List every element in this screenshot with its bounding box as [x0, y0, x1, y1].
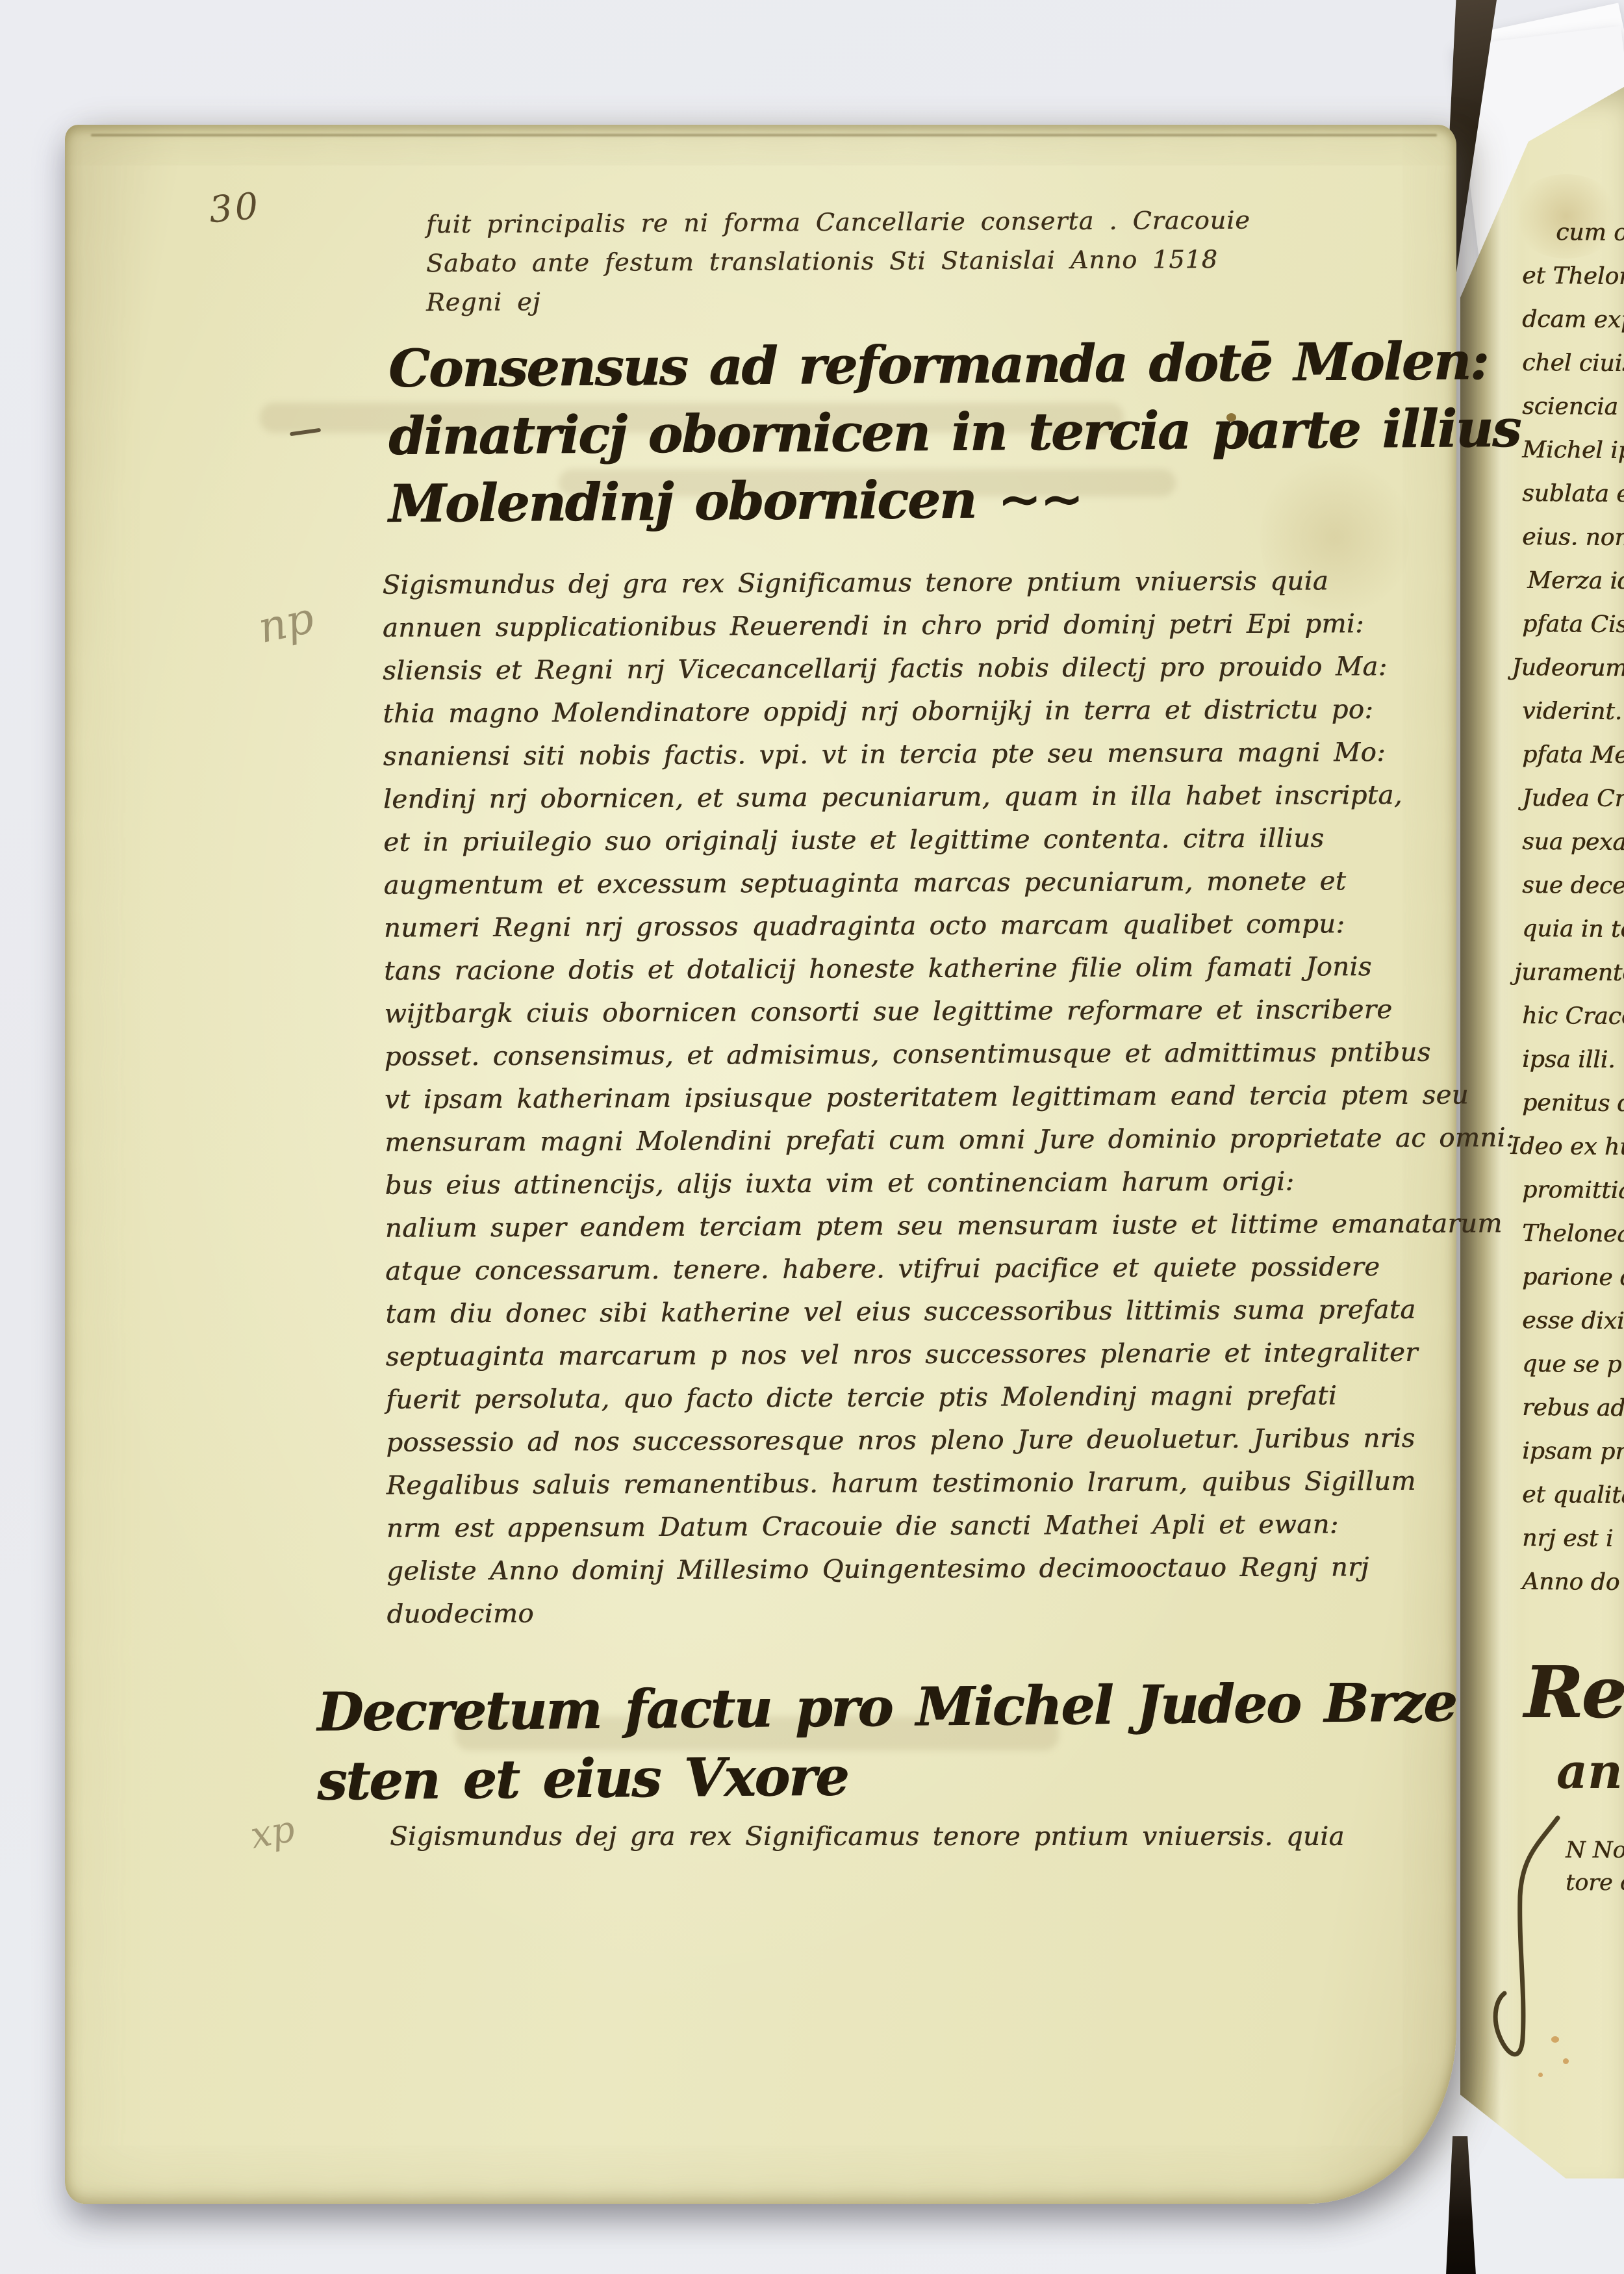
left-manuscript-page: 30 fuit principalis re ni forma Cancella… — [65, 125, 1456, 2204]
manuscript-line: sliensis et Regni nrj Vicecancellarij fa… — [383, 651, 1513, 699]
folio-number: 30 — [207, 185, 262, 232]
rust-spot — [1563, 2058, 1569, 2064]
pen-flourish — [1460, 1759, 1624, 2162]
photo-backdrop: cum orta esset Theloneatdcam exponchel c… — [0, 0, 1624, 2274]
manuscript-line-fragment: Ideo ex huius — [1510, 1133, 1624, 1178]
protocol-note-block: fuit principalis re ni forma Cancellarie… — [426, 208, 1250, 325]
title-line: Decretum factu pro Michel Judeo Brze — [317, 1671, 1456, 1750]
manuscript-line: possessio ad nos successoresque nros ple… — [386, 1423, 1516, 1471]
manuscript-line-fragment: Merza id fo — [1527, 567, 1624, 612]
margin-mark: np — [254, 593, 318, 653]
manuscript-line: et in priuilegio suo originalj iuste et … — [383, 823, 1514, 871]
title-line: Molendinj obornicen ∼∼ — [388, 465, 1521, 541]
title-line: dinatricj obornicen in tercia parte illi… — [388, 398, 1521, 473]
manuscript-line: numeri Regni nrj grossos quadraginta oct… — [384, 908, 1514, 956]
manuscript-line: snaniensi siti nobis factis. vpi. vt in … — [383, 737, 1514, 785]
margin-mark: xp — [247, 1808, 298, 1858]
rust-spot — [1551, 2036, 1559, 2043]
manuscript-line: nalium super eandem terciam ptem seu men… — [385, 1208, 1516, 1257]
manuscript-line: fuit principalis re ni forma Cancellarie… — [426, 206, 1250, 249]
manuscript-line-fragment: ipsa illi. m — [1522, 1046, 1624, 1091]
manuscript-line: geliste Anno dominj Millesimo Quingentes… — [387, 1552, 1517, 1600]
manuscript-line-fragment: dcam expon — [1522, 306, 1624, 351]
right-page-text-column: cum orta esset Theloneatdcam exponchel c… — [1522, 220, 1624, 1613]
manuscript-line-fragment: nrj est i — [1522, 1525, 1624, 1570]
manuscript-line: annuen supplicationibus Reuerendi in chr… — [383, 608, 1513, 656]
manuscript-line: tans racione dotis et dotalicij honeste … — [384, 951, 1514, 999]
manuscript-line-fragment: que se p — [1522, 1351, 1624, 1396]
manuscript-line-fragment: esse dixit. — [1522, 1307, 1624, 1352]
manuscript-line: thia magno Molendinatore oppidj nrj obor… — [383, 694, 1513, 742]
manuscript-line-fragment: Judea Craco — [1522, 785, 1624, 830]
manuscript-line: Sigismundus dej gra rex Significamus ten… — [390, 1822, 1345, 1865]
manuscript-line-fragment: Michel ipius — [1522, 437, 1624, 481]
manuscript-line-fragment: quia in term — [1522, 915, 1624, 960]
decree-title: Decretum factu pro Michel Judeo Brzesten… — [317, 1676, 1456, 1814]
title-line: sten et eius Vxore — [317, 1740, 1456, 1819]
binding-ribbon-bottom — [1446, 2136, 1476, 2274]
manuscript-line: atque concessarum. tenere. habere. vtifr… — [385, 1251, 1516, 1299]
charter-body-text: Sigismundus dej gra rex Significamus ten… — [382, 565, 1517, 1642]
manuscript-line: augmentum et excessum septuaginta marcas… — [383, 865, 1514, 913]
manuscript-line: nrm est appensum Datum Cracouie die sanc… — [387, 1509, 1517, 1557]
rust-spot — [1538, 2073, 1543, 2077]
entry-title: Consensus ad reformanda dotē Molen:dinat… — [388, 334, 1520, 537]
manuscript-line-fragment: Anno do — [1522, 1568, 1624, 1613]
manuscript-line-fragment: parione di — [1522, 1264, 1624, 1309]
manuscript-line-fragment: eius. non re — [1522, 524, 1624, 568]
manuscript-line: wijtbargk ciuis obornicen consorti sue l… — [384, 994, 1514, 1042]
manuscript-line-fragment: et Theloneat — [1522, 262, 1624, 307]
manuscript-line-fragment: ipsam pref — [1522, 1438, 1624, 1483]
manuscript-line: Sabato ante festum translationis Sti Sta… — [426, 245, 1250, 288]
manuscript-line-fragment: rebus adhe — [1522, 1394, 1624, 1439]
manuscript-line-fragment: sue decem f — [1522, 872, 1624, 917]
manuscript-line-fragment: sciencia de C — [1522, 393, 1624, 438]
right-page-heading-fragment: Rese — [1524, 1650, 1624, 1734]
manuscript-line: bus eius attinencijs, alijs iuxta vim et… — [385, 1166, 1515, 1214]
manuscript-line: duodecimo — [387, 1594, 1517, 1642]
manuscript-line: mensuram magni Molendini prefati cum omn… — [385, 1123, 1515, 1171]
manuscript-line: posset. consensimus, et admisimus, conse… — [385, 1037, 1515, 1085]
manuscript-line-fragment: penitus da — [1522, 1090, 1624, 1134]
title-line: Consensus ad reformanda dotē Molen: — [388, 330, 1521, 405]
manuscript-line-fragment: Theloneatore — [1522, 1220, 1624, 1265]
manuscript-line-fragment: pfata Merij — [1522, 741, 1624, 786]
manuscript-line: fuerit persoluta, quo facto dicte tercie… — [386, 1380, 1516, 1428]
manuscript-line: Regalibus saluis remanentibus. harum tes… — [386, 1466, 1516, 1514]
decree-body-text: Sigismundus dej gra rex Significamus ten… — [390, 1822, 1345, 1865]
manuscript-line-fragment: sublata essen — [1522, 480, 1624, 525]
manuscript-line-fragment: promittiam — [1522, 1177, 1624, 1221]
manuscript-line-fragment: chel ciuis — [1522, 350, 1624, 394]
manuscript-line: septuaginta marcarum p nos vel nros succ… — [386, 1337, 1516, 1385]
manuscript-line: lendinj nrj obornicen, et suma pecuniaru… — [383, 780, 1514, 828]
manuscript-line-fragment: viderint. fo — [1522, 698, 1624, 743]
manuscript-line-fragment: pfata Cist — [1522, 611, 1624, 656]
manuscript-line-fragment: hic Cracouie — [1522, 1003, 1624, 1047]
manuscript-line-fragment: cum orta ess — [1556, 219, 1624, 264]
manuscript-line: tam diu donec sibi katherine vel eius su… — [385, 1294, 1516, 1342]
manuscript-line-fragment: et qualitate — [1522, 1481, 1624, 1526]
manuscript-line-fragment: juramento — [1514, 959, 1624, 1004]
manuscript-line: vt ipsam katherinam ipsiusque posteritat… — [385, 1080, 1515, 1128]
manuscript-line: Sigismundus dej gra rex Significamus ten… — [382, 565, 1512, 613]
manuscript-line: Regni ej — [426, 284, 1250, 327]
manuscript-line-fragment: sua pexam — [1522, 828, 1624, 873]
manuscript-line-fragment: Judeorum de B — [1512, 654, 1624, 699]
